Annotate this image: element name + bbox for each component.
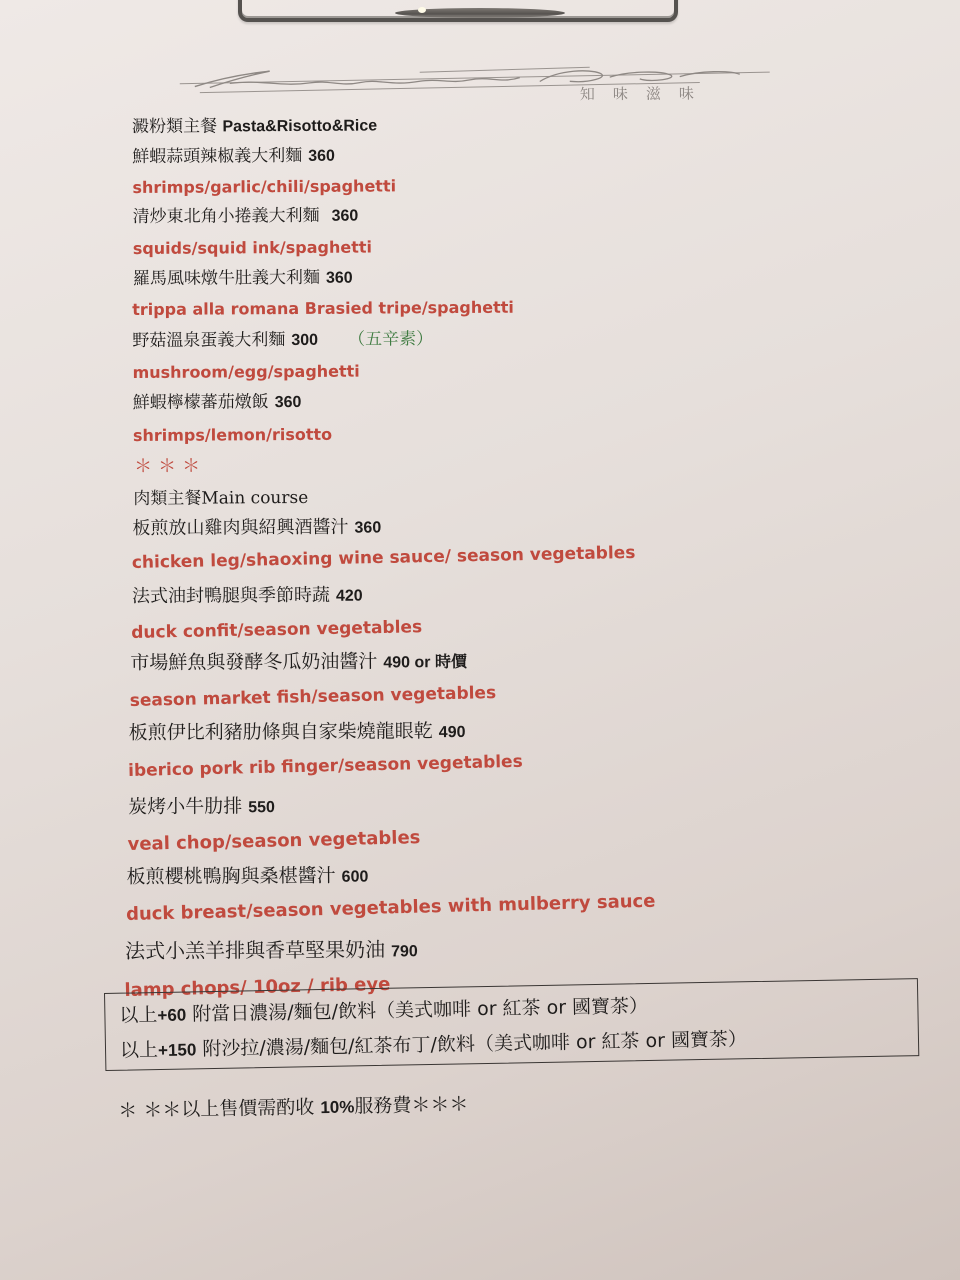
menu-item-name: 清炒東北角小捲義大利麵360 — [133, 205, 359, 229]
item-name-zh: 野菇溫泉蛋義大利麵 — [132, 330, 285, 351]
menu-item-name: 法式油封鴨腿與季節時蔬420 — [132, 585, 363, 609]
note-tail: 服務費＊＊＊ — [354, 1093, 468, 1117]
menu-item-name: 板煎櫻桃鴨胸與桑椹醬汁600 — [127, 865, 369, 890]
section-heading-main: 肉類主餐Main course — [133, 487, 308, 510]
menu-item-name: 羅馬風味燉牛肚義大利麵360 — [133, 267, 353, 291]
set-amount: +150 — [158, 1040, 197, 1060]
section-heading-pasta: 澱粉類主餐 Pasta&Risotto&Rice — [132, 114, 377, 138]
item-name-en: shrimps/garlic/chili/spaghetti — [132, 175, 396, 199]
menu-item-name: 法式小羔羊排與香草堅果奶油790 — [125, 938, 418, 965]
item-name-zh: 法式小羔羊排與香草堅果奶油 — [125, 937, 385, 963]
section-heading-en: Pasta&Risotto&Rice — [222, 117, 377, 135]
logo-subtitle: 知味滋味 — [580, 82, 712, 104]
section-heading-zh: 肉類主餐 — [133, 489, 201, 509]
menu-item-name: 鮮蝦檸檬蕃茄燉飯360 — [133, 391, 302, 415]
item-name-zh: 羅馬風味燉牛肚義大利麵 — [133, 268, 320, 289]
item-name-en: veal chop/season vegetables — [127, 827, 420, 856]
item-name-en: duck confit/season vegetables — [131, 616, 422, 644]
menu-item-name: 板煎伊比利豬肋條與自家柴燒龍眼乾490 — [129, 720, 466, 746]
item-name-zh: 炭烤小牛肋排 — [128, 795, 242, 818]
set-description: 附沙拉/濃湯/麵包/紅茶布丁/飲料（美式咖啡 or 紅茶 or 國寶茶） — [196, 1028, 747, 1060]
item-price: 360 — [354, 519, 381, 536]
item-name-zh: 鮮蝦蒜頭辣椒義大利麵 — [132, 146, 302, 167]
menu-page: Knowing Taste 知味滋味 澱粉類主餐 Pasta&Risotto&R… — [0, 0, 960, 1280]
item-name-en: chicken leg/shaoxing wine sauce/ season … — [132, 542, 636, 574]
item-name-en: shrimps/lemon/risotto — [133, 424, 332, 447]
item-name-en: squids/squid ink/spaghetti — [133, 237, 372, 260]
set-prefix: 以上 — [120, 1039, 158, 1062]
item-name-zh: 板煎伊比利豬肋條與自家柴燒龍眼乾 — [129, 720, 433, 744]
note-lead: ＊ ＊＊以上售價需酌收 — [118, 1096, 320, 1122]
item-price: 490 — [439, 724, 466, 741]
menu-item-name: 鮮蝦蒜頭辣椒義大利麵360 — [132, 145, 335, 169]
item-name-zh: 板煎放山雞肉與紹興酒醬汁 — [132, 517, 348, 539]
section-separator: ＊＊＊ — [134, 456, 206, 478]
item-price: 360 — [275, 394, 302, 411]
section-heading-en: Main course — [201, 488, 308, 509]
item-price: 790 — [391, 943, 418, 960]
item-price: 490 or 時價 — [383, 654, 467, 672]
item-price: 360 — [332, 208, 359, 225]
item-price: 360 — [308, 148, 335, 165]
item-price: 420 — [336, 588, 363, 605]
set-prefix: 以上 — [119, 1004, 157, 1027]
item-price: 600 — [342, 869, 369, 886]
set-options-box: 以上+60 附當日濃湯/麵包/飲料（美式咖啡 or 紅茶 or 國寶茶） 以上+… — [104, 978, 919, 1071]
item-name-en: season market fish/season vegetables — [129, 682, 496, 712]
item-name-en: mushroom/egg/spaghetti — [132, 361, 359, 384]
section-heading-zh: 澱粉類主餐 — [132, 116, 217, 137]
item-name-en: trippa alla romana Brasied tripe/spaghet… — [132, 297, 514, 321]
item-name-zh: 市場鮮魚與發酵冬瓜奶油醬汁 — [130, 650, 377, 674]
item-name-en: duck breast/season vegetables with mulbe… — [126, 891, 656, 926]
note-percent: 10% — [320, 1097, 354, 1117]
restaurant-logo: Knowing Taste 知味滋味 — [170, 62, 790, 106]
set-amount: +60 — [157, 1005, 186, 1025]
item-price: 300 — [291, 332, 318, 349]
vegetarian-tag: （五辛素） — [348, 329, 433, 350]
menu-item-name: 野菇溫泉蛋義大利麵300（五辛素） — [132, 328, 433, 353]
menu-item-name: 板煎放山雞肉與紹興酒醬汁360 — [132, 516, 381, 541]
menu-item-name: 市場鮮魚與發酵冬瓜奶油醬汁490 or 時價 — [130, 650, 467, 676]
set-option-150: 以上+150 附沙拉/濃湯/麵包/紅茶布丁/飲料（美式咖啡 or 紅茶 or 國… — [120, 1024, 747, 1062]
item-name-zh: 板煎櫻桃鴨胸與桑椹醬汁 — [127, 865, 336, 888]
item-name-zh: 清炒東北角小捲義大利麵 — [133, 206, 320, 227]
item-name-en: iberico pork rib finger/season vegetable… — [128, 751, 523, 782]
set-option-60: 以上+60 附當日濃湯/麵包/飲料（美式咖啡 or 紅茶 or 國寶茶） — [119, 991, 648, 1028]
set-description: 附當日濃湯/麵包/飲料（美式咖啡 or 紅茶 or 國寶茶） — [186, 995, 648, 1025]
item-name-zh: 法式油封鴨腿與季節時蔬 — [132, 585, 330, 607]
item-price: 360 — [326, 270, 353, 287]
item-price: 550 — [248, 799, 275, 816]
item-name-zh: 鮮蝦檸檬蕃茄燉飯 — [133, 392, 269, 413]
menu-item-name: 炭烤小牛肋排550 — [128, 795, 275, 820]
